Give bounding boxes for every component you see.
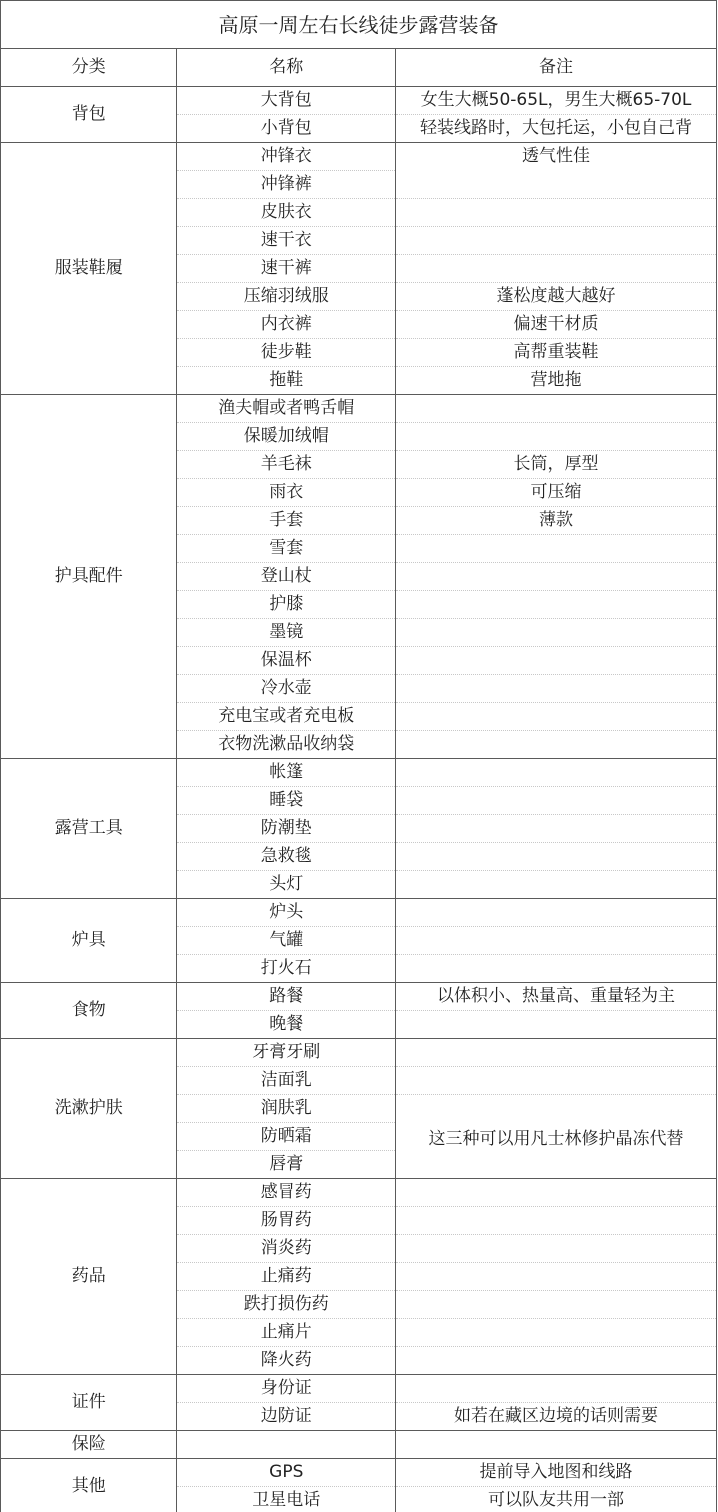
item-note xyxy=(396,1235,717,1263)
item-note xyxy=(396,227,717,255)
item-note xyxy=(396,423,717,451)
item-note-merged: 这三种可以用凡士林修护晶冻代替 xyxy=(396,1095,717,1179)
item-note xyxy=(396,1347,717,1375)
table-row: 炉具 炉头 xyxy=(1,899,717,927)
item-name: 雪套 xyxy=(177,535,396,563)
table-row: 露营工具 帐篷 xyxy=(1,759,717,787)
item-note: 提前导入地图和线路 xyxy=(396,1459,717,1487)
item-name: 登山杖 xyxy=(177,563,396,591)
item-name: 消炎药 xyxy=(177,1235,396,1263)
item-note xyxy=(396,395,717,423)
item-note: 高帮重装鞋 xyxy=(396,339,717,367)
item-note xyxy=(396,1179,717,1207)
category-cell: 药品 xyxy=(1,1179,177,1375)
item-name: 保暖加绒帽 xyxy=(177,423,396,451)
item-note: 以体积小、热量高、重量轻为主 xyxy=(396,983,717,1011)
item-name: 牙膏牙刷 xyxy=(177,1039,396,1067)
item-name: 小背包 xyxy=(177,115,396,143)
gear-table: 高原一周左右长线徒步露营装备 分类 名称 备注 背包 大背包 女生大概50-65… xyxy=(0,0,717,1512)
item-note: 可压缩 xyxy=(396,479,717,507)
table-row: 背包 大背包 女生大概50-65L，男生大概65-70L xyxy=(1,87,717,115)
item-note xyxy=(396,675,717,703)
category-cell: 洗漱护肤 xyxy=(1,1039,177,1179)
item-name: 速干衣 xyxy=(177,227,396,255)
category-cell: 食物 xyxy=(1,983,177,1039)
table-title: 高原一周左右长线徒步露营装备 xyxy=(1,1,717,49)
item-name: 肠胃药 xyxy=(177,1207,396,1235)
item-name: 止痛药 xyxy=(177,1263,396,1291)
table-row: 证件 身份证 xyxy=(1,1375,717,1403)
item-name: 防潮垫 xyxy=(177,815,396,843)
item-note xyxy=(396,591,717,619)
item-name: 防晒霜 xyxy=(177,1123,396,1151)
item-note xyxy=(396,815,717,843)
category-cell: 证件 xyxy=(1,1375,177,1431)
item-name: 护膝 xyxy=(177,591,396,619)
item-note xyxy=(396,759,717,787)
category-cell: 背包 xyxy=(1,87,177,143)
item-note xyxy=(396,1067,717,1095)
item-name: 墨镜 xyxy=(177,619,396,647)
header-name: 名称 xyxy=(177,49,396,87)
item-name: 冲锋衣 xyxy=(177,143,396,171)
item-name: 徒步鞋 xyxy=(177,339,396,367)
item-name: 速干裤 xyxy=(177,255,396,283)
item-name: 洁面乳 xyxy=(177,1067,396,1095)
item-name: 打火石 xyxy=(177,955,396,983)
item-note xyxy=(396,255,717,283)
item-name: 路餐 xyxy=(177,983,396,1011)
item-name: 充电宝或者充电板 xyxy=(177,703,396,731)
item-note xyxy=(396,955,717,983)
item-note: 轻装线路时，大包托运，小包自己背 xyxy=(396,115,717,143)
item-note xyxy=(396,731,717,759)
item-name: 炉头 xyxy=(177,899,396,927)
item-name: 感冒药 xyxy=(177,1179,396,1207)
item-name: 唇膏 xyxy=(177,1151,396,1179)
item-note xyxy=(396,899,717,927)
table-row: 护具配件 渔夫帽或者鸭舌帽 xyxy=(1,395,717,423)
item-note xyxy=(396,1291,717,1319)
header-row: 分类 名称 备注 xyxy=(1,49,717,87)
title-row: 高原一周左右长线徒步露营装备 xyxy=(1,1,717,49)
item-note xyxy=(396,1375,717,1403)
item-note xyxy=(396,619,717,647)
item-note: 蓬松度越大越好 xyxy=(396,283,717,311)
item-name: 雨衣 xyxy=(177,479,396,507)
item-name: 手套 xyxy=(177,507,396,535)
table-row: 洗漱护肤 牙膏牙刷 xyxy=(1,1039,717,1067)
item-note xyxy=(396,1319,717,1347)
item-name: 皮肤衣 xyxy=(177,199,396,227)
item-note: 可以队友共用一部 xyxy=(396,1487,717,1512)
item-name: 渔夫帽或者鸭舌帽 xyxy=(177,395,396,423)
category-cell: 其他 xyxy=(1,1459,177,1512)
item-name: 冲锋裤 xyxy=(177,171,396,199)
item-note: 女生大概50-65L，男生大概65-70L xyxy=(396,87,717,115)
item-note: 如若在藏区边境的话则需要 xyxy=(396,1403,717,1431)
item-name: 急救毯 xyxy=(177,843,396,871)
item-name: 保温杯 xyxy=(177,647,396,675)
item-name: 内衣裤 xyxy=(177,311,396,339)
category-cell: 露营工具 xyxy=(1,759,177,899)
item-note xyxy=(396,871,717,899)
item-name: 拖鞋 xyxy=(177,367,396,395)
item-name: 止痛片 xyxy=(177,1319,396,1347)
item-name: 气罐 xyxy=(177,927,396,955)
item-note: 营地拖 xyxy=(396,367,717,395)
table-row: 服装鞋履 冲锋衣 透气性佳 xyxy=(1,143,717,171)
item-note: 长筒，厚型 xyxy=(396,451,717,479)
item-name: 跌打损伤药 xyxy=(177,1291,396,1319)
item-name: 冷水壶 xyxy=(177,675,396,703)
item-note xyxy=(396,1263,717,1291)
item-name: 压缩羽绒服 xyxy=(177,283,396,311)
item-note xyxy=(396,843,717,871)
item-note xyxy=(396,647,717,675)
item-note xyxy=(396,1431,717,1459)
category-cell: 炉具 xyxy=(1,899,177,983)
header-note: 备注 xyxy=(396,49,717,87)
item-name: 帐篷 xyxy=(177,759,396,787)
item-note xyxy=(396,703,717,731)
item-name: 大背包 xyxy=(177,87,396,115)
item-note xyxy=(396,563,717,591)
gear-checklist-sheet: 高原一周左右长线徒步露营装备 分类 名称 备注 背包 大背包 女生大概50-65… xyxy=(0,0,717,1512)
table-row: 其他 GPS 提前导入地图和线路 xyxy=(1,1459,717,1487)
item-name xyxy=(177,1431,396,1459)
category-cell: 服装鞋履 xyxy=(1,143,177,395)
item-note xyxy=(396,1207,717,1235)
item-name: 边防证 xyxy=(177,1403,396,1431)
item-name: 身份证 xyxy=(177,1375,396,1403)
item-name: 衣物洗漱品收纳袋 xyxy=(177,731,396,759)
item-name: 润肤乳 xyxy=(177,1095,396,1123)
item-note xyxy=(396,199,717,227)
table-row: 保险 xyxy=(1,1431,717,1459)
item-note xyxy=(396,1039,717,1067)
item-note-merged: 透气性佳 xyxy=(396,143,717,199)
item-name: 卫星电话 xyxy=(177,1487,396,1512)
item-note: 偏速干材质 xyxy=(396,311,717,339)
item-name: GPS xyxy=(177,1459,396,1487)
table-row: 药品 感冒药 xyxy=(1,1179,717,1207)
item-name: 降火药 xyxy=(177,1347,396,1375)
item-name: 晚餐 xyxy=(177,1011,396,1039)
header-category: 分类 xyxy=(1,49,177,87)
category-cell: 护具配件 xyxy=(1,395,177,759)
item-note xyxy=(396,535,717,563)
table-row: 食物 路餐 以体积小、热量高、重量轻为主 xyxy=(1,983,717,1011)
item-name: 头灯 xyxy=(177,871,396,899)
item-name: 睡袋 xyxy=(177,787,396,815)
item-name: 羊毛袜 xyxy=(177,451,396,479)
item-note: 薄款 xyxy=(396,507,717,535)
category-cell: 保险 xyxy=(1,1431,177,1459)
item-note xyxy=(396,787,717,815)
item-note xyxy=(396,927,717,955)
item-note xyxy=(396,1011,717,1039)
